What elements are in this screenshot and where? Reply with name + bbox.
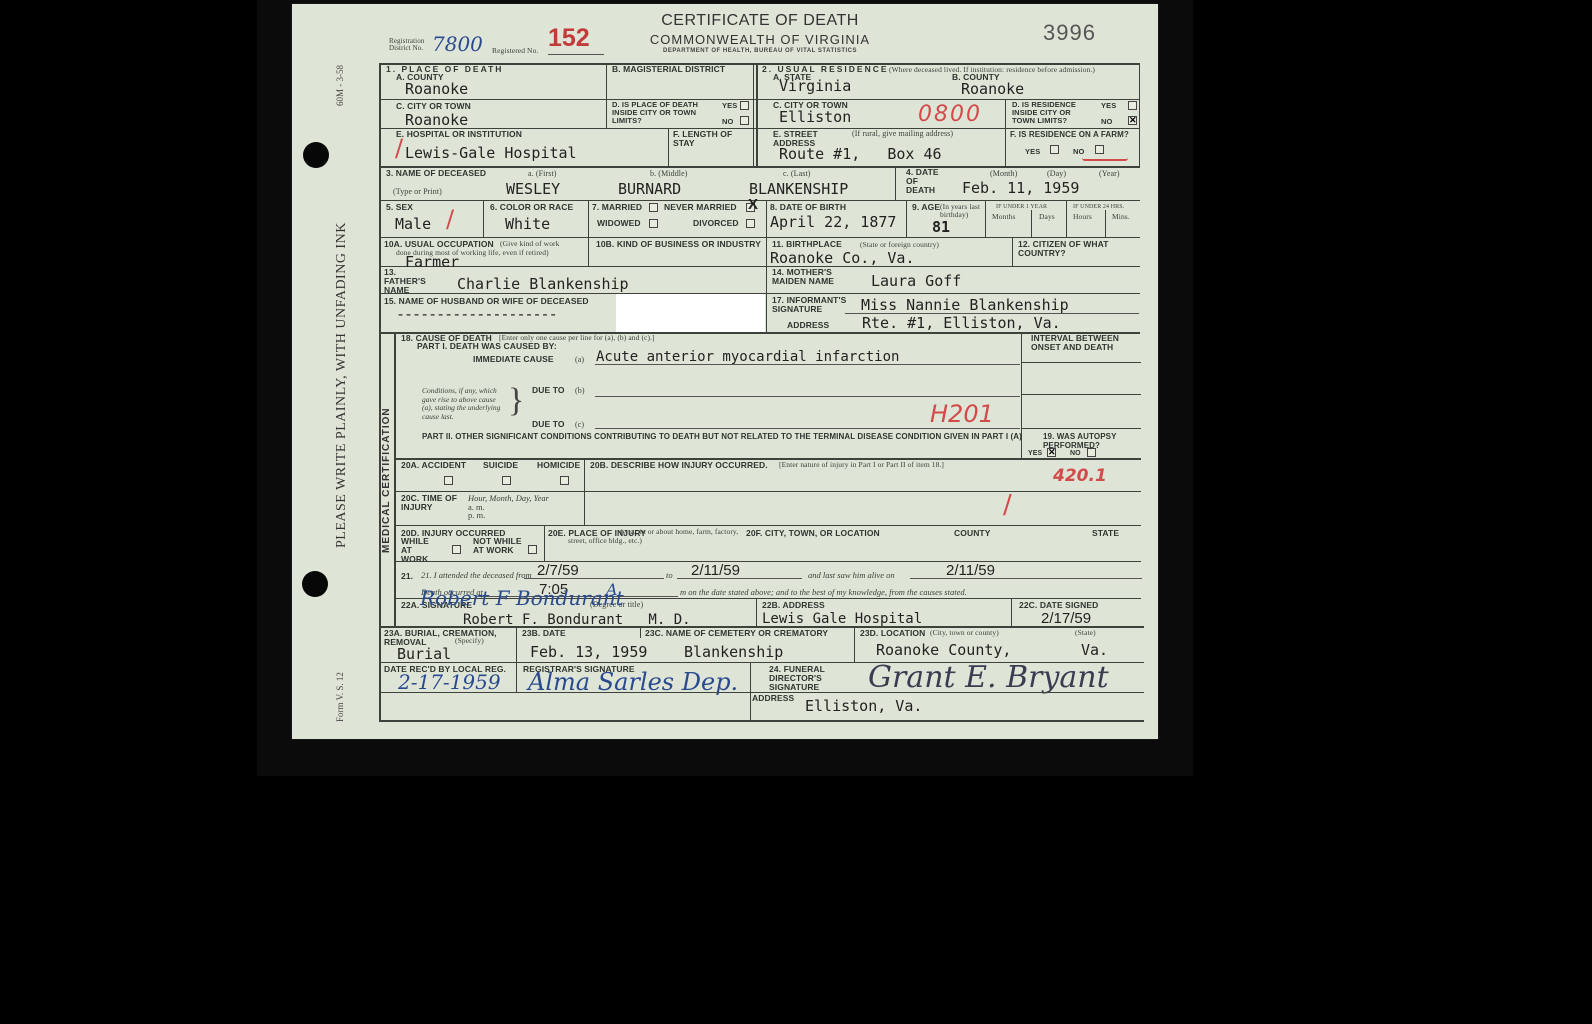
due-to-b-label: DUE TO [532, 386, 565, 395]
street-note: (If rural, give mailing address) [852, 129, 953, 138]
death-county: Roanoke [405, 81, 468, 97]
mother-name: Laura Goff [871, 273, 961, 289]
injury-county-label: COUNTY [954, 529, 991, 538]
burial-date-label: 23b. DATE [522, 629, 566, 638]
informant-address-label: ADDRESS [787, 321, 829, 330]
widowed-label: WIDOWED [597, 219, 641, 228]
informant-label: 17. INFORMANT'S SIGNATURE [772, 296, 852, 314]
punch-hole [302, 571, 328, 597]
death-city: Roanoke [405, 112, 468, 128]
name-note: (Type or Print) [393, 187, 442, 196]
month-label: (Month) [990, 169, 1017, 178]
autopsy-no-checkbox[interactable] [1087, 448, 1096, 457]
citizen-label: 12. CITIZEN OF WHAT COUNTRY? [1018, 240, 1128, 258]
not-while-at-work-label: NOT WHILE AT WORK [473, 537, 528, 555]
injury-city-label: 20f. CITY, TOWN, OR LOCATION [746, 529, 880, 538]
suicide-checkbox[interactable] [502, 476, 511, 485]
widowed-checkbox[interactable] [649, 219, 658, 228]
business-label: 10b. KIND OF BUSINESS OR INDUSTRY [596, 240, 761, 249]
divorced-checkbox[interactable] [746, 219, 755, 228]
death-note: m on the date stated above; and to the b… [680, 588, 967, 597]
accident-label: 20a. ACCIDENT [401, 461, 466, 470]
injury-how-note: [Enter nature of injury in Part I or Par… [779, 460, 944, 469]
red-check-mark: / [446, 205, 454, 233]
mins-label: Mins. [1112, 212, 1130, 221]
part2-label: PART II. OTHER SIGNIFICANT CONDITIONS CO… [422, 432, 1022, 441]
funeral-address-label: ADDRESS [752, 694, 794, 703]
burial-location: Roanoke County, [876, 642, 1011, 658]
first-name-label: a. (First) [528, 169, 557, 178]
date-signed: 2/17/59 [1041, 611, 1091, 627]
birthplace-note: (State or foreign country) [860, 240, 939, 249]
divorced-label: DIVORCED [693, 219, 739, 228]
under-24-hrs-label: IF UNDER 24 HRS. [1073, 203, 1124, 212]
not-while-at-work-checkbox[interactable] [528, 545, 537, 554]
informant-name: Miss Nannie Blankenship [861, 297, 1069, 313]
last-name: BLANKENSHIP [749, 181, 848, 197]
funeral-address: Elliston, Va. [805, 698, 922, 714]
street-address: Route #1, Box 46 [779, 146, 942, 162]
punch-hole [303, 142, 329, 168]
redaction-box [616, 294, 765, 332]
city-label: c. CITY OR TOWN [396, 102, 471, 111]
attended-label: 21. I attended the deceased from [421, 571, 532, 580]
burial-location-label: 23d. LOCATION [860, 629, 925, 638]
time-of-injury-label: 20c. TIME OF INJURY [401, 494, 461, 512]
city-code: 0800 [918, 102, 982, 127]
father-name: Charlie Blankenship [457, 276, 629, 292]
residence-county: Roanoke [961, 81, 1024, 97]
physician-signature: Robert F Bondurant [420, 586, 624, 610]
hours-label: Hours [1073, 212, 1092, 221]
yes-label: YES [1028, 449, 1042, 458]
attended-from: 2/7/59 [537, 562, 579, 579]
homicide-label: HOMICIDE [537, 461, 580, 470]
due-to-c-label: DUE TO [532, 420, 565, 429]
cause-code: H201 [930, 400, 994, 428]
yes-label: YES [722, 101, 737, 110]
last-saw-label: and last saw him alive on [808, 571, 895, 580]
race-label: 6. COLOR OR RACE [490, 203, 573, 212]
burial-state: Va. [1081, 642, 1108, 658]
age: 81 [932, 219, 950, 235]
cemetery-name: Blankenship [684, 644, 783, 660]
yes-label: YES [1025, 147, 1040, 156]
never-married-label: NEVER MARRIED [664, 203, 737, 212]
b-marker: (b) [575, 386, 585, 395]
location-note: (City, town or county) [930, 628, 999, 637]
immediate-cause: Acute anterior myocardial infarction [596, 349, 899, 365]
inside-limits-yes-checkbox[interactable] [740, 101, 749, 110]
interval-label: INTERVAL BETWEEN ONSET AND DEATH [1031, 334, 1141, 352]
farm-no-checkbox[interactable] [1095, 145, 1104, 154]
father-label: 13. FATHER'S NAME [384, 268, 434, 295]
residence-inside-limits-label: d. IS RESIDENCE INSIDE CITY OR TOWN LIMI… [1012, 101, 1092, 125]
age-label: 9. AGE [912, 203, 940, 212]
physician-address-label: 22b. ADDRESS [762, 601, 825, 610]
inside-limits-no-checkbox[interactable] [740, 116, 749, 125]
c-marker: (c) [575, 420, 584, 429]
sex: Male [395, 216, 431, 232]
length-of-stay-label: f. LENGTH OF STAY [673, 130, 743, 148]
physician-address: Lewis Gale Hospital [762, 611, 922, 627]
residence-city: Elliston [779, 109, 851, 125]
red-check-mark: / [395, 134, 403, 162]
middle-name: BURNARD [618, 181, 681, 197]
married-label: 7. MARRIED [592, 203, 642, 212]
department-label: DEPARTMENT OF HEALTH, BUREAU OF VITAL ST… [620, 48, 900, 54]
yes-label: YES [1101, 101, 1116, 110]
immediate-cause-label: IMMEDIATE CAUSE [473, 355, 554, 364]
certificate-number: 3996 [1043, 20, 1096, 46]
cemetery-label: 23c. NAME OF CEMETERY OR CREMATORY [645, 629, 828, 638]
burial-method: Burial [397, 646, 451, 662]
first-name: WESLEY [506, 181, 560, 197]
burial-method-note: (Specify) [455, 636, 484, 645]
race: White [505, 216, 550, 232]
hospital-name: Lewis-Gale Hospital [405, 145, 577, 161]
residence-inside-no-checkbox[interactable]: ✕ [1128, 116, 1137, 125]
medical-certification-label: MEDICAL CERTIFICATION [381, 407, 392, 553]
while-at-work-label: WHILE AT WORK [401, 537, 441, 564]
attended-number: 21. [401, 572, 413, 581]
attended-to: 2/11/59 [691, 562, 740, 579]
birthplace: Roanoke Co., Va. [770, 250, 915, 266]
registered-no: 152 [548, 24, 590, 53]
a-marker: (a) [575, 355, 584, 364]
last-name-label: c. (Last) [783, 169, 811, 178]
spouse-name: -------------------- [396, 306, 557, 322]
age-note: (In years last birthday) [940, 203, 984, 219]
hospital-label: e. HOSPITAL OR INSTITUTION [396, 130, 522, 139]
middle-name-label: b. (Middle) [650, 169, 688, 178]
months-label: Months [992, 212, 1016, 221]
accident-checkbox[interactable] [444, 476, 453, 485]
suicide-label: SUICIDE [483, 461, 518, 470]
funeral-director-label: 24. FUNERAL DIRECTOR'S SIGNATURE [769, 665, 859, 692]
day-label: (Day) [1047, 169, 1066, 178]
red-check-mark: / [1003, 490, 1012, 520]
date-of-death-label: 4. DATE OF DEATH [906, 168, 946, 195]
homicide-checkbox[interactable] [560, 476, 569, 485]
no-label: NO [1073, 147, 1084, 156]
place-note: (e. g., in or about home, farm, factory,… [568, 528, 743, 545]
autopsy-yes-checkbox[interactable]: ✕ [1047, 448, 1056, 457]
residence-state: Virginia [779, 78, 851, 94]
farm-label: f. IS RESIDENCE ON A FARM? [1010, 130, 1129, 139]
burial-date: Feb. 13, 1959 [530, 644, 647, 660]
date-signed-label: 22c. DATE SIGNED [1019, 601, 1098, 610]
registered-no-label: Registered No. [492, 46, 538, 55]
sex-label: 5. SEX [386, 203, 413, 212]
funeral-director-signature: Grant E. Bryant [868, 660, 1109, 695]
injury-how-label: 20b. DESCRIBE HOW INJURY OCCURRED. [590, 461, 768, 470]
pm-label: p. m. [468, 511, 485, 520]
no-label: NO [1101, 117, 1112, 126]
date-of-death: Feb. 11, 1959 [962, 180, 1079, 196]
date-received: 2-17-1959 [398, 670, 501, 694]
under-1-year-label: IF UNDER 1 YEAR [996, 203, 1047, 212]
date-of-birth: April 22, 1877 [770, 214, 896, 230]
informant-address: Rte. #1, Elliston, Va. [862, 315, 1061, 331]
red-underline-mark [1082, 158, 1128, 161]
while-at-work-checkbox[interactable] [452, 545, 461, 554]
last-saw-date: 2/11/59 [946, 562, 995, 579]
birthplace-label: 11. BIRTHPLACE [772, 240, 842, 249]
mother-label: 14. MOTHER'S MAIDEN NAME [772, 268, 862, 286]
certificate-subtitle: COMMONWEALTH OF VIRGINIA [620, 32, 900, 47]
registration-district-no: 7800 [432, 32, 483, 56]
state-note: (State) [1075, 628, 1096, 637]
to-label: to [666, 571, 673, 580]
year-label: (Year) [1099, 169, 1120, 178]
brace: } [508, 384, 524, 418]
injury-state-label: STATE [1092, 529, 1119, 538]
form-code: 60M - 3-58 [335, 65, 345, 106]
inside-limits-label: d. IS PLACE OF DEATH INSIDE CITY OR TOWN… [612, 101, 712, 125]
married-checkbox[interactable] [649, 203, 658, 212]
never-married-mark: X [748, 196, 758, 213]
residence-inside-yes-checkbox[interactable] [1128, 101, 1137, 110]
farm-yes-checkbox[interactable] [1050, 145, 1059, 154]
name-label: 3. NAME OF DECEASED [386, 169, 486, 178]
registration-district-label: Registration District No. [389, 38, 434, 52]
no-label: NO [722, 117, 733, 126]
margin-instruction: PLEASE WRITE PLAINLY, WITH UNFADING INK [334, 222, 350, 548]
injury-code: 420.1 [1053, 466, 1107, 486]
magisterial-district-label: b. MAGISTERIAL DISTRICT [612, 65, 725, 74]
date-of-birth-label: 8. DATE OF BIRTH [770, 203, 846, 212]
conditions-note: Conditions, if any, which gave rise to a… [422, 387, 502, 421]
form-name: Form V. S. 12 [335, 672, 345, 722]
part1-label: PART I. DEATH WAS CAUSED BY: [417, 342, 557, 351]
certificate-title: CERTIFICATE OF DEATH [620, 12, 900, 30]
days-label: Days [1039, 212, 1055, 221]
no-label: NO [1070, 449, 1081, 458]
